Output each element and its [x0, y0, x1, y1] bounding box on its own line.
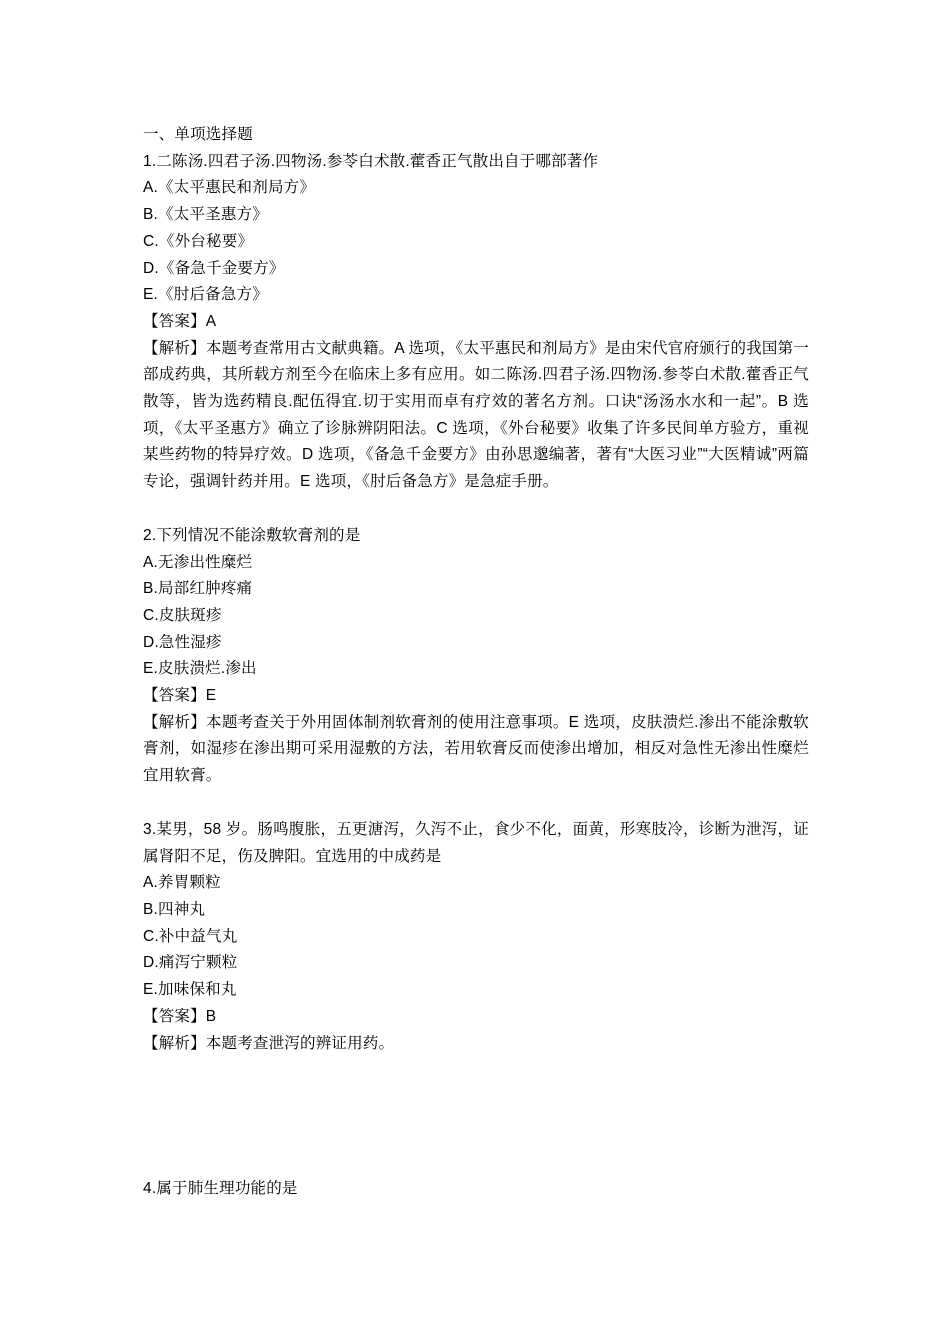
blank-space: [143, 1057, 809, 1176]
question-stem: 4.属于肺生理功能的是: [143, 1176, 809, 1203]
section-title: 一、单项选择题: [143, 122, 809, 149]
option-d: D.《备急千金要方》: [143, 256, 809, 283]
option-e: E.《肘后备急方》: [143, 282, 809, 309]
option-b: B.《太平圣惠方》: [143, 202, 809, 229]
blank-line: [143, 790, 809, 817]
answer-line: 【答案】B: [143, 1004, 809, 1031]
option-e: E.皮肤溃烂.渗出: [143, 656, 809, 683]
question-stem: 2.下列情况不能涂敷软膏剂的是: [143, 523, 809, 550]
question-stem: 3.某男，58 岁。肠鸣腹胀，五更溏泻，久泻不止，食少不化，面黄，形寒肢冷，诊断…: [143, 817, 809, 870]
option-e: E.加味保和丸: [143, 977, 809, 1004]
option-b: B.四神丸: [143, 897, 809, 924]
answer-line: 【答案】A: [143, 309, 809, 336]
option-a: A.无渗出性糜烂: [143, 550, 809, 577]
option-b: B.局部红肿疼痛: [143, 576, 809, 603]
question-block-3: 3.某男，58 岁。肠鸣腹胀，五更溏泻，久泻不止，食少不化，面黄，形寒肢冷，诊断…: [143, 817, 809, 1057]
option-d: D.痛泻宁颗粒: [143, 950, 809, 977]
question-block-1: 1.二陈汤.四君子汤.四物汤.参苓白术散.藿香正气散出自于哪部著作 A.《太平惠…: [143, 149, 809, 496]
option-a: A.《太平惠民和剂局方》: [143, 175, 809, 202]
option-c: C.《外台秘要》: [143, 229, 809, 256]
option-d: D.急性湿疹: [143, 630, 809, 657]
blank-line: [143, 496, 809, 523]
answer-line: 【答案】E: [143, 683, 809, 710]
explanation-paragraph: 【解析】本题考查常用古文献典籍。A 选项，《太平惠民和剂局方》是由宋代官府颁行的…: [143, 336, 809, 496]
question-block-4: 4.属于肺生理功能的是: [143, 1176, 809, 1203]
option-c: C.补中益气丸: [143, 924, 809, 951]
explanation-paragraph: 【解析】本题考查泄泻的辨证用药。: [143, 1031, 809, 1058]
option-c: C.皮肤斑疹: [143, 603, 809, 630]
question-stem: 1.二陈汤.四君子汤.四物汤.参苓白术散.藿香正气散出自于哪部著作: [143, 149, 809, 176]
option-a: A.养胃颗粒: [143, 870, 809, 897]
question-block-2: 2.下列情况不能涂敷软膏剂的是 A.无渗出性糜烂 B.局部红肿疼痛 C.皮肤斑疹…: [143, 523, 809, 790]
document-content: 一、单项选择题 1.二陈汤.四君子汤.四物汤.参苓白术散.藿香正气散出自于哪部著…: [143, 122, 809, 1203]
explanation-paragraph: 【解析】本题考查关于外用固体制剂软膏剂的使用注意事项。E 选项，皮肤溃烂.渗出不…: [143, 710, 809, 790]
